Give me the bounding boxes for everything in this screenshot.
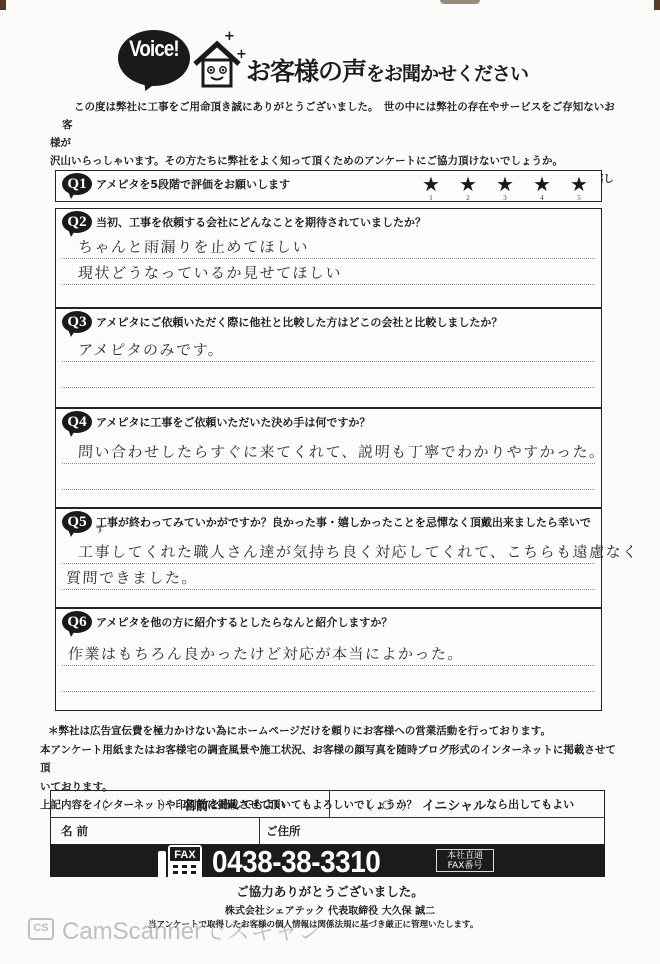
option-label: なら出してもよい: [486, 796, 574, 812]
question-header: Q1 アメピタを5段階で評価をお願いします ★1 ★2 ★3 ★4 ★5: [56, 171, 601, 195]
handwritten-answer: 作業はもちろん良かったけど対応が本当によかった。: [67, 643, 464, 664]
option-label-bold: イニシャル: [422, 795, 486, 814]
star-icon[interactable]: ★5: [569, 174, 589, 194]
question-header: Q4 アメピタに工事をご依頼いただいた決め手は何ですか？: [56, 409, 601, 433]
question-number-badge: Q3: [62, 311, 92, 333]
question-number-badge: Q6: [62, 611, 92, 633]
thank-you-message: ご協力ありがとうございました。: [0, 882, 660, 900]
question-text: アメピタを他の方に紹介するとしたらなんと紹介しますか？: [96, 614, 392, 630]
answer-line[interactable]: 工事してくれた職人さん達が気持ち良く対応してくれて、こちらも遠慮なく: [62, 533, 595, 564]
option-initials[interactable]: （ ○ ） イニシャル なら出してもよい: [329, 791, 604, 817]
question-1-box: Q1 アメピタを5段階で評価をお願いします ★1 ★2 ★3 ★4 ★5: [55, 170, 602, 202]
answer-line[interactable]: 問い合わせしたらすぐに来てくれて、説明も丁寧でわかりやすかった。: [62, 433, 595, 464]
answer-area[interactable]: ちゃんと雨漏りを止めてほしい 現状どうなっているか見せてほしい: [62, 233, 595, 285]
question-text: アメピタにご依頼いただく際に他社と比較した方はどこの会社と比較しましたか？: [96, 314, 502, 330]
question-3-box: Q3 アメピタにご依頼いただく際に他社と比較した方はどこの会社と比較しましたか？…: [55, 308, 602, 408]
handwritten-answer: 問い合わせしたらすぐに来てくれて、説明も丁寧でわかりやすかった。: [77, 441, 606, 462]
fax-label-line: FAX番号: [437, 861, 493, 871]
page-title: お客様の声をお聞かせください: [246, 52, 528, 88]
notice-line: ＊弊社は広告宣伝費を極力かけない為にホームページだけを頼りにお客様への営業活動を…: [40, 722, 620, 741]
option-paren-close: ）: [401, 795, 414, 814]
title-main: お客様の声: [246, 57, 366, 86]
question-text: アメピタを5段階で評価をお願いします: [96, 176, 290, 192]
sparkle-icon: +: [224, 30, 235, 43]
fax-label-line: 本社直通: [437, 851, 493, 861]
page-header: Voice! + + お客様の声をお聞かせください: [112, 22, 552, 92]
answer-line[interactable]: 現状どうなっているか見せてほしい: [62, 259, 595, 285]
intro-line: 様が: [50, 134, 622, 152]
star-number: 2: [458, 188, 478, 208]
option-label: を出してもよい: [209, 796, 286, 812]
answer-area[interactable]: 問い合わせしたらすぐに来てくれて、説明も丁寧でわかりやすかった。: [62, 433, 595, 490]
contact-row: 名 前 ご住所: [51, 818, 604, 844]
title-sub: をお聞かせください: [366, 63, 528, 85]
svg-text:FAX: FAX: [174, 849, 196, 861]
answer-area[interactable]: 工事してくれた職人さん達が気持ち良く対応してくれて、こちらも遠慮なく 質問できま…: [62, 533, 595, 590]
answer-area[interactable]: アメピタのみです。: [62, 333, 595, 388]
handwritten-answer: 現状どうなっているか見せてほしい: [77, 262, 342, 283]
question-2-box: Q2 当初、工事を依頼する会社にどんなことを期待されていましたか？ ちゃんと雨漏…: [55, 208, 602, 308]
question-header: Q5 工事が終わってみていかがですか？良かった事・嬉しかったことを忌憚なく頂戴出…: [56, 509, 601, 533]
privacy-notice: 当アンケートで取得したお客様の個人情報は関係法規に基づき厳正に管理いたします。: [148, 918, 478, 930]
star-number: 5: [569, 188, 589, 208]
handwritten-answer: アメピタのみです。: [77, 339, 225, 360]
scan-edge-right: [654, 0, 660, 10]
answer-line[interactable]: アメピタのみです。: [62, 333, 595, 362]
fax-number: 0438-38-3310: [212, 844, 380, 880]
handwritten-answer: 工事してくれた職人さん達が気持ち良く対応してくれて、こちらも遠慮なく: [77, 541, 639, 562]
fax-machine-icon: FAX: [158, 843, 204, 879]
question-number-badge: Q1: [62, 173, 92, 195]
question-number-badge: Q4: [62, 411, 92, 433]
consent-options-row: （ ） 名前 を出してもよい （ ○ ） イニシャル なら出してもよい: [51, 791, 604, 818]
handwritten-answer: 質問できました。: [65, 567, 198, 588]
name-label: 名 前: [61, 823, 88, 839]
star-rating[interactable]: ★1 ★2 ★3 ★4 ★5: [421, 174, 589, 194]
option-full-name[interactable]: （ ） 名前 を出してもよい: [51, 791, 329, 817]
fax-banner: FAX 0438-38-3310 本社直通 FAX番号: [50, 845, 605, 877]
question-5-box: Q5 工事が終わってみていかがですか？良かった事・嬉しかったことを忌憚なく頂戴出…: [55, 508, 602, 608]
scan-edge-left: [0, 0, 6, 10]
question-text: 当初、工事を依頼する会社にどんなことを期待されていましたか？: [96, 214, 426, 230]
notice-line: 本アンケート用紙またはお客様宅の調査風景や施工状況、お客様の顔写真を随時ブログ形…: [40, 741, 620, 778]
question-4-box: Q4 アメピタに工事をご依頼いただいた決め手は何ですか？ 問い合わせしたらすぐに…: [55, 408, 602, 508]
name-field[interactable]: 名 前: [51, 818, 259, 844]
address-field[interactable]: ご住所: [259, 818, 604, 844]
option-paren-open: （: [94, 795, 107, 814]
answer-line[interactable]: ちゃんと雨漏りを止めてほしい: [62, 233, 595, 259]
star-number: 3: [495, 188, 515, 208]
option-mark-circle[interactable]: ○: [373, 797, 401, 811]
camscanner-logo-icon: CS: [28, 918, 54, 940]
answer-line[interactable]: [62, 362, 595, 388]
voice-badge: Voice!: [118, 36, 189, 62]
intro-line: この度は弊社に工事をご用命頂き誠にありがとうございました。 世の中には弊社の存在…: [62, 98, 622, 134]
question-header: Q6 アメピタを他の方に紹介するとしたらなんと紹介しますか？: [56, 609, 601, 633]
star-icon[interactable]: ★2: [458, 174, 478, 194]
handwritten-answer: ちゃんと雨漏りを止めてほしい: [77, 236, 309, 257]
star-icon[interactable]: ★3: [495, 174, 515, 194]
question-text: 工事が終わってみていかがですか？良かった事・嬉しかったことを忌憚なく頂戴出来まし…: [96, 514, 591, 530]
question-number-badge: Q2: [62, 211, 92, 233]
star-icon[interactable]: ★1: [421, 174, 441, 194]
intro-line: 沢山いらっしゃいます。その方たちに弊社をよく知って頂くためのアンケートにご協力頂…: [50, 152, 622, 170]
answer-line[interactable]: [62, 464, 595, 490]
answer-line[interactable]: 作業はもちろん良かったけど対応が本当によかった。: [62, 633, 595, 666]
answer-line[interactable]: 質問できました。: [62, 564, 595, 590]
fax-label: 本社直通 FAX番号: [436, 849, 494, 872]
question-header: Q2 当初、工事を依頼する会社にどんなことを期待されていましたか？: [56, 209, 601, 233]
question-6-box: Q6 アメピタを他の方に紹介するとしたらなんと紹介しますか？ 作業はもちろん良か…: [55, 608, 602, 711]
question-text: アメピタに工事をご依頼いただいた決め手は何ですか？: [96, 414, 370, 430]
question-number-badge: Q5: [62, 511, 92, 533]
option-paren-close: ）: [159, 795, 172, 814]
star-number: 4: [532, 188, 552, 208]
star-number: 1: [421, 188, 441, 208]
answer-line[interactable]: [62, 666, 595, 692]
consent-table: （ ） 名前 を出してもよい （ ○ ） イニシャル なら出してもよい 名 前 …: [50, 790, 605, 845]
smiling-house-icon: [192, 40, 242, 88]
option-label-bold: 名前: [183, 795, 209, 814]
address-label: ご住所: [266, 823, 301, 839]
option-paren-open: （: [360, 795, 373, 814]
answer-area[interactable]: 作業はもちろん良かったけど対応が本当によかった。: [62, 633, 595, 692]
star-icon[interactable]: ★4: [532, 174, 552, 194]
scan-edge-top: [440, 0, 480, 4]
question-header: Q3 アメピタにご依頼いただく際に他社と比較した方はどこの会社と比較しましたか？: [56, 309, 601, 333]
